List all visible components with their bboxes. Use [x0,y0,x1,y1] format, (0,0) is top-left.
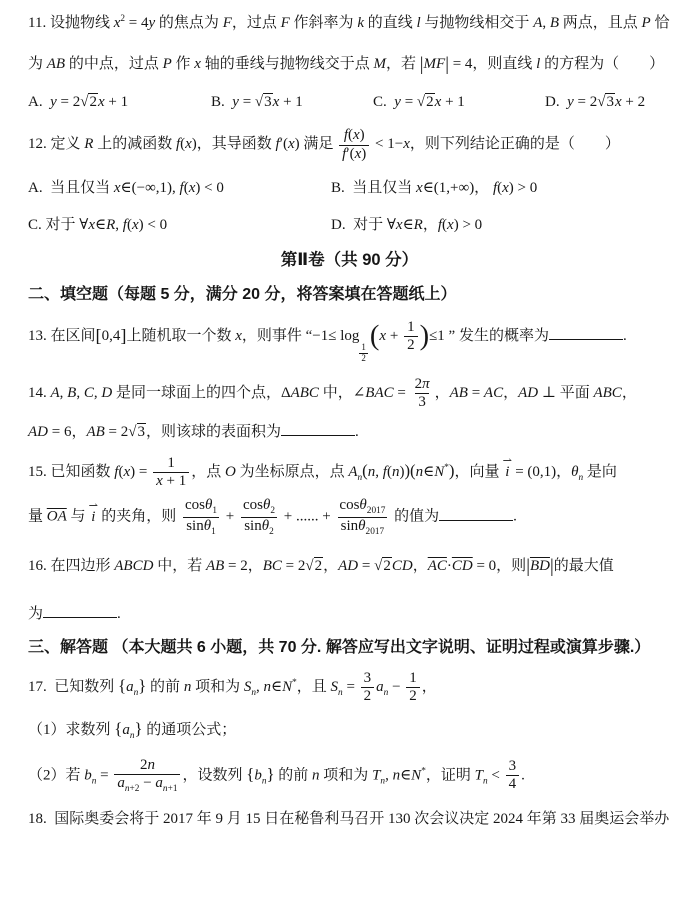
question-11-line-2: 为 AB 的中点，过点 P 作 x 轴的垂线与抛物线交于点 M，若 |MF| =… [28,50,671,79]
answer-blank [549,326,623,340]
question-14-line-1: 14. A, B, C, D 是同一球面上的四个点，ΔABC 中，∠BAC = … [28,376,671,412]
question-12-stem: 12. 定义 R 上的减函数 f(x)，其导函数 f′(x) 满足 f(x)f′… [28,127,671,163]
section-2-title: 第Ⅱ卷（共 90 分） [28,246,671,270]
option-11-a: A. y = 2√2x + 1 [28,94,211,111]
option-11-c: C. y = √2x + 1 [373,94,545,111]
question-15: 15. 已知函数 f(x) = 1x + 1，点 O 为坐标原点，点 An(n,… [28,455,671,538]
option-12-a: A. 当且仅当 x∈(−∞,1), f(x) < 0 [28,176,331,197]
answer-section-header: 三、解答题 （本大题共 6 小题，共 70 分. 解答应写出文字说明、证明过程或… [28,634,671,657]
question-11: 11. 设抛物线 x2 = 4y 的焦点为 F，过点 F 作斜率为 k 的直线 … [28,12,671,111]
question-18-line-1: 18. 国际奥委会将于 2017 年 9 月 15 日在秘鲁利马召开 130 次… [28,808,671,831]
question-16-line-2: 为. [28,603,671,626]
exam-paper-page: 11. 设抛物线 x2 = 4y 的焦点为 F，过点 F 作斜率为 k 的直线 … [0,0,695,837]
option-12-d: D. 对于 ∀x∈R，f(x) > 0 [331,213,482,234]
option-11-b: B. y = √3x + 1 [211,94,373,111]
question-17-stem: 17. 已知数列 {an} 的前 n 项和为 Sn, n∈N*，且 Sn = 3… [28,670,671,706]
question-16-line-1: 16. 在四边形 ABCD 中，若 AB = 2，BC = 2√2，AD = √… [28,552,671,581]
question-14: 14. A, B, C, D 是同一球面上的四个点，ΔABC 中，∠BAC = … [28,376,671,444]
option-12-c: C. 对于 ∀x∈R, f(x) < 0 [28,213,331,234]
question-11-options: A. y = 2√2x + 1 B. y = √3x + 1 C. y = √2… [28,94,671,111]
question-12-options-row-2: C. 对于 ∀x∈R, f(x) < 0 D. 对于 ∀x∈R，f(x) > 0 [28,213,671,234]
question-17: 17. 已知数列 {an} 的前 n 项和为 Sn, n∈N*，且 Sn = 3… [28,670,671,795]
question-11-line-1: 11. 设抛物线 x2 = 4y 的焦点为 F，过点 F 作斜率为 k 的直线 … [28,12,671,35]
question-16: 16. 在四边形 ABCD 中，若 AB = 2，BC = 2√2，AD = √… [28,552,671,626]
question-15-line-2: 量 OA 与 ⇀i 的夹角，则 cosθ1sinθ1 + cosθ2sinθ2 … [28,497,671,537]
answer-blank [43,604,117,618]
question-17-part-2: （2）若 bn = 2nan+2 − an+1，设数列 {bn} 的前 n 项和… [28,757,671,795]
question-14-line-2: AD = 6，AB = 2√3，则该球的表面积为. [28,421,671,444]
question-12: 12. 定义 R 上的减函数 f(x)，其导函数 f′(x) 满足 f(x)f′… [28,127,671,234]
option-11-d: D. y = 2√3x + 2 [545,94,645,111]
question-15-line-1: 15. 已知函数 f(x) = 1x + 1，点 O 为坐标原点，点 An(n,… [28,455,671,491]
question-12-options-row-1: A. 当且仅当 x∈(−∞,1), f(x) < 0 B. 当且仅当 x∈(1,… [28,176,671,197]
answer-blank [439,507,513,521]
option-12-b: B. 当且仅当 x∈(1,+∞)， f(x) > 0 [331,176,537,197]
fill-in-section-header: 二、填空题（每题 5 分，满分 20 分，将答案填在答题纸上） [28,281,671,304]
answer-blank [281,421,355,435]
question-17-part-1: （1）求数列 {an} 的通项公式； [28,716,671,743]
question-13-text: 13. 在区间[0,4]上随机取一个数 x，则事件 “−1≤ log12(x +… [28,319,671,364]
